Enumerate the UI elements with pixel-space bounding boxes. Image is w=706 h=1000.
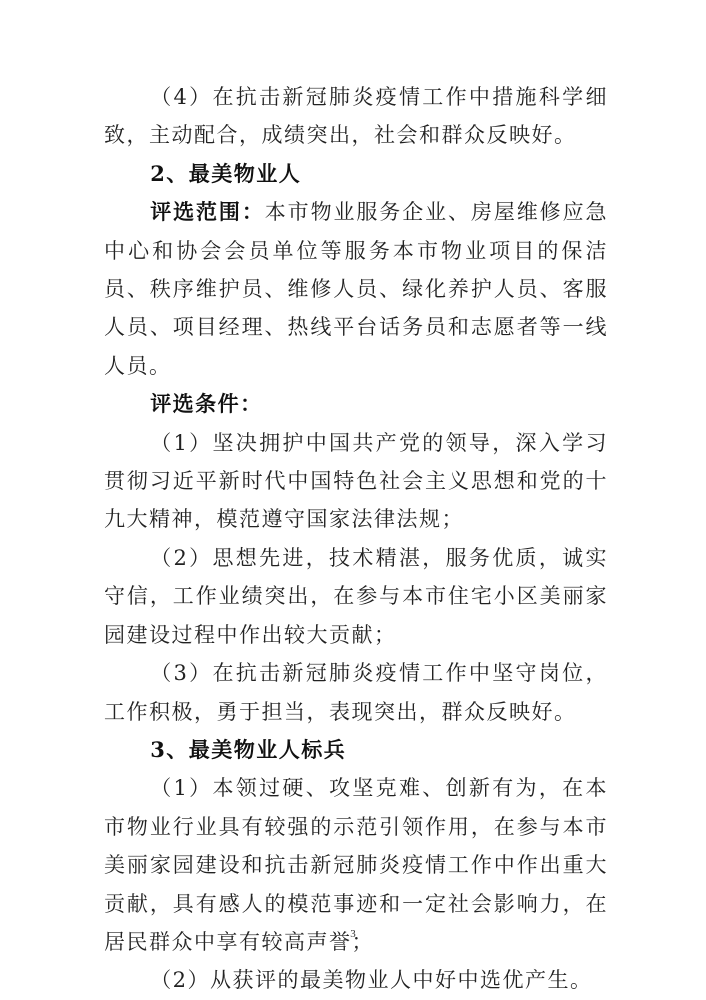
selection-criteria-paragraph: 评选条件：: [104, 385, 608, 423]
selection-criteria-label: 评选条件：: [150, 391, 263, 416]
criterion-2-paragraph: （2）思想先进，技术精湛，服务优质，诚实守信，工作业绩突出，在参与本市住宅小区美…: [104, 539, 608, 654]
section-heading-model-staff: 3、最美物业人标兵: [104, 731, 608, 769]
criterion-3-paragraph: （3）在抗击新冠肺炎疫情工作中坚守岗位，工作积极，勇于担当，表现突出，群众反映好…: [104, 654, 608, 731]
model-criterion-2-paragraph: （2）从获评的最美物业人中好中选优产生。: [104, 961, 608, 999]
selection-scope-paragraph: 评选范围：本市物业服务企业、房屋维修应急中心和协会会员单位等服务本市物业项目的保…: [104, 193, 608, 385]
selection-scope-text: 本市物业服务企业、房屋维修应急中心和协会会员单位等服务本市物业项目的保洁员、秩序…: [104, 200, 608, 378]
page-number: 3: [0, 928, 706, 940]
section-heading-best-property-staff: 2、最美物业人: [104, 155, 608, 193]
criterion-1-paragraph: （1）坚决拥护中国共产党的领导，深入学习贯彻习近平新时代中国特色社会主义思想和党…: [104, 424, 608, 539]
document-page: （4）在抗击新冠肺炎疫情工作中措施科学细致，主动配合，成绩突出，社会和群众反映好…: [0, 0, 706, 1000]
selection-scope-label: 评选范围：: [150, 199, 265, 224]
criterion-4-paragraph: （4）在抗击新冠肺炎疫情工作中措施科学细致，主动配合，成绩突出，社会和群众反映好…: [104, 78, 608, 155]
document-body: （4）在抗击新冠肺炎疫情工作中措施科学细致，主动配合，成绩突出，社会和群众反映好…: [104, 78, 608, 1000]
